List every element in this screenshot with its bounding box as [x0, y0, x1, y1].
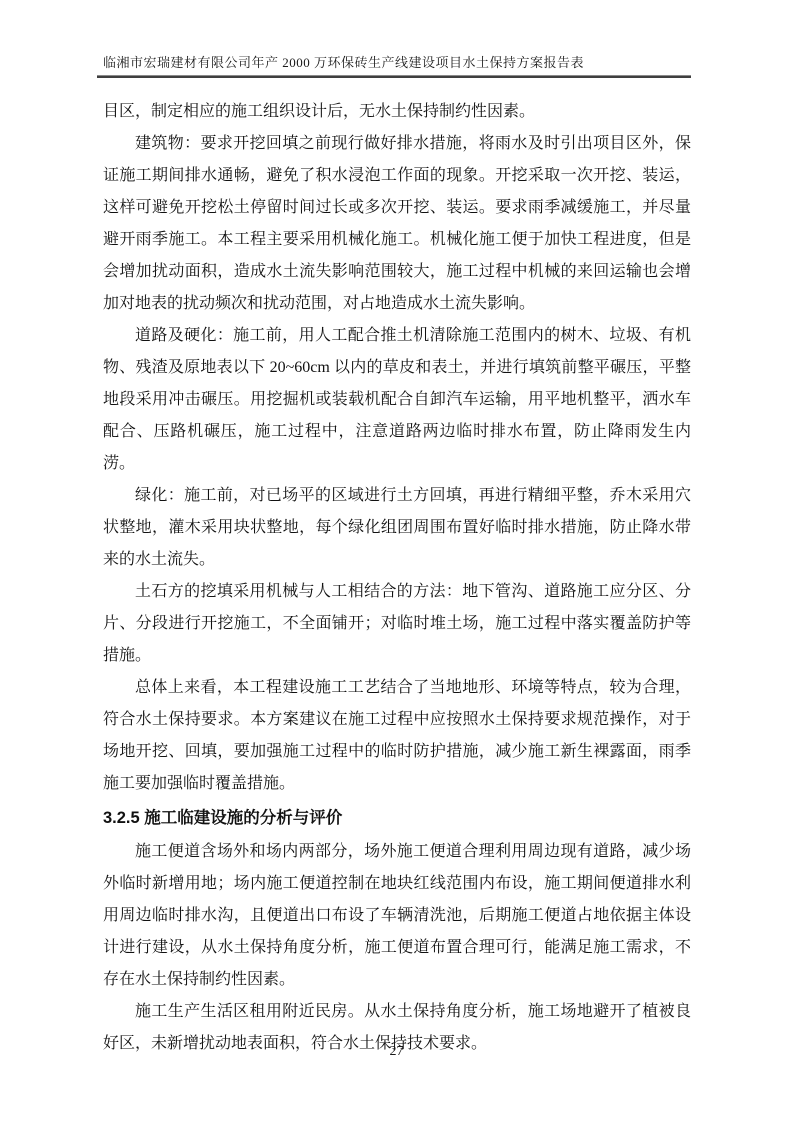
header-title: 临湘市宏瑞建材有限公司年产 2000 万环保砖生产线建设项目水土保持方案报告表 — [97, 54, 691, 72]
paragraph-greening: 绿化：施工前，对已场平的区域进行土方回填，再进行精细平整，乔木采用穴状整地，灌木… — [103, 480, 691, 576]
section-heading-3-2-5: 3.2.5 施工临建设施的分析与评价 — [103, 802, 691, 834]
document-body: 目区，制定相应的施工组织设计后，无水土保持制约性因素。 建筑物：要求开挖回填之前… — [103, 96, 691, 1060]
page-number: 27 — [390, 1044, 404, 1059]
paragraph-continuation: 目区，制定相应的施工组织设计后，无水土保持制约性因素。 — [103, 96, 691, 128]
paragraph-roads-hardening: 道路及硬化：施工前，用人工配合推土机清除施工范围内的树木、垃圾、有机物、残渣及原… — [103, 320, 691, 480]
paragraph-construction-roads: 施工便道含场外和场内两部分，场外施工便道合理利用周边现有道路，减少场外临时新增用… — [103, 836, 691, 996]
header-rule — [97, 75, 691, 78]
paragraph-buildings: 建筑物：要求开挖回填之前现行做好排水措施，将雨水及时引出项目区外，保证施工期间排… — [103, 128, 691, 320]
document-page: 临湘市宏瑞建材有限公司年产 2000 万环保砖生产线建设项目水土保持方案报告表 … — [0, 0, 793, 1122]
paragraph-earthwork: 土石方的挖填采用机械与人工相结合的方法：地下管沟、道路施工应分区、分片、分段进行… — [103, 576, 691, 672]
page-footer: 27 — [0, 1042, 793, 1060]
page-header: 临湘市宏瑞建材有限公司年产 2000 万环保砖生产线建设项目水土保持方案报告表 — [97, 54, 691, 78]
paragraph-overall-evaluation: 总体上来看，本工程建设施工工艺结合了当地地形、环境等特点，较为合理，符合水土保持… — [103, 672, 691, 800]
